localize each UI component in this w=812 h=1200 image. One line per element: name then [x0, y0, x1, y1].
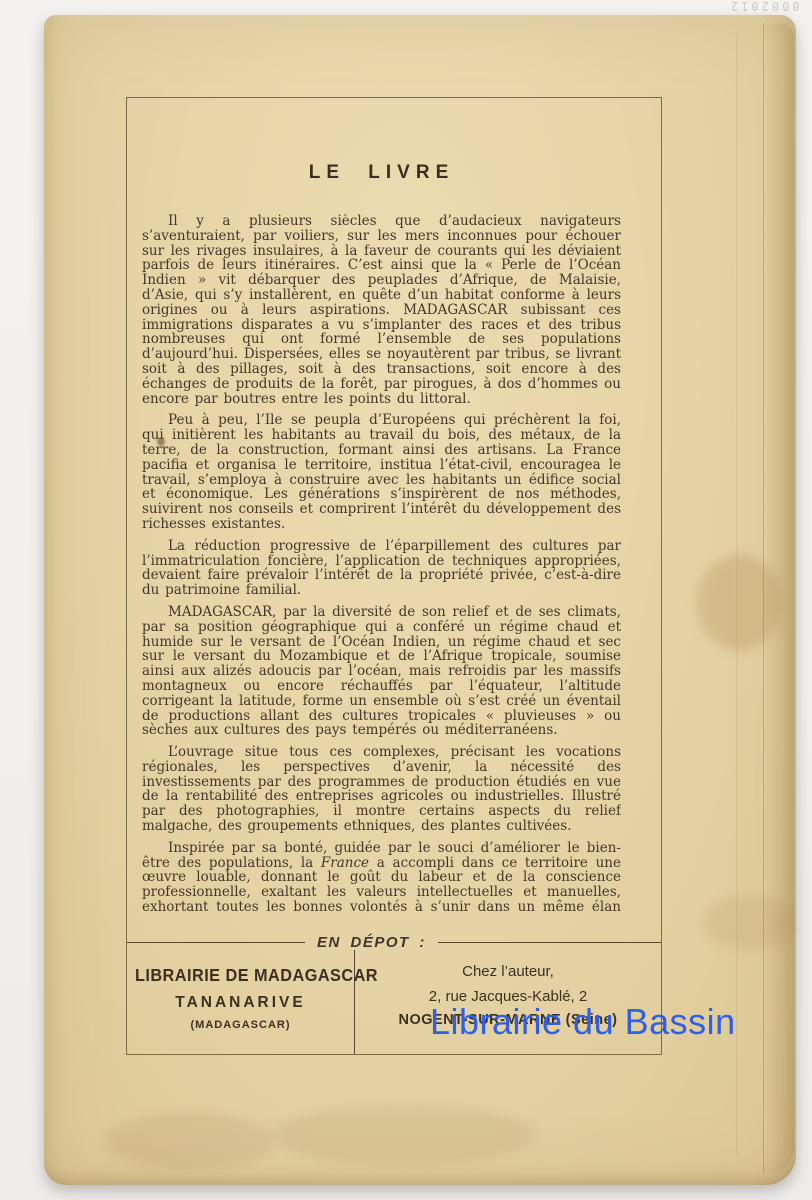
paragraph: MADAGASCAR, par la diversité de son reli… [142, 605, 621, 738]
stain-spot [157, 437, 165, 446]
faint-inventory-mark: 0002012 [728, 0, 800, 13]
paragraph: Peu à peu, l’Ile se peupla d’Européens q… [142, 413, 621, 531]
depot-rule-right [438, 942, 661, 943]
blurb-text: Il y a plusieurs siècles que d’audacieux… [142, 214, 621, 914]
stain [274, 1105, 534, 1165]
depot-heading: EN DÉPOT : [305, 934, 438, 951]
stain [704, 895, 794, 950]
author-line: Chez l’auteur, [355, 963, 661, 980]
paragraph: Il y a plusieurs siècles que d’audacieux… [142, 214, 621, 406]
stain [696, 555, 782, 650]
depot-left-column: LIBRAIRIE DE MADAGASCAR TANANARIVE (MADA… [127, 950, 355, 1054]
depot-heading-row: EN DÉPOT : [127, 934, 661, 950]
librairie-country: (MADAGASCAR) [127, 1019, 354, 1031]
depot-rule-left [127, 942, 305, 943]
librairie-name: LIBRAIRIE DE MADAGASCAR [135, 965, 346, 986]
watermark: Librairie du Bassin [430, 1001, 736, 1043]
closing-italic-france: France [321, 855, 369, 871]
paragraph: L’ouvrage situe tous ces complexes, préc… [142, 745, 621, 834]
paragraph-closing: Inspirée par sa bonté, guidée par le sou… [142, 841, 621, 914]
page-title: LE LIVRE [142, 162, 621, 184]
stain [104, 1113, 274, 1169]
printed-frame: LE LIVRE Il y a plusieurs siècles que d’… [126, 97, 662, 1055]
paragraph: La réduction progressive de l’éparpillem… [142, 539, 621, 598]
librairie-city: TANANARIVE [127, 994, 354, 1012]
